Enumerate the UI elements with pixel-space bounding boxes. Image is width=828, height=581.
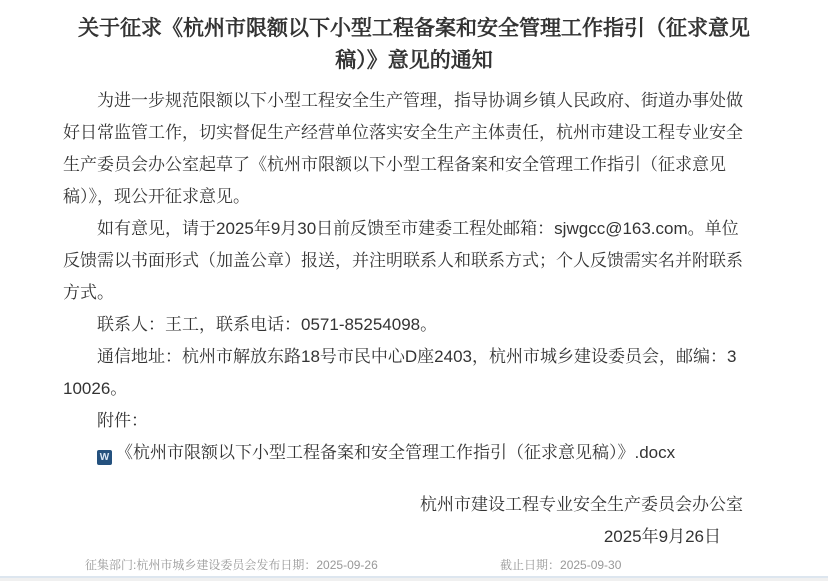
publish-date-label: 发布日期： [256, 558, 316, 572]
issuer-signature: 杭州市建设工程专业安全生产委员会办公室 [63, 489, 743, 521]
notice-title: 关于征求《杭州市限额以下小型工程备案和安全管理工作指引（征求意见稿）》意见的通知 [74, 13, 754, 77]
attachment-link[interactable]: 《杭州市限额以下小型工程备案和安全管理工作指引（征求意见稿）》.docx [116, 443, 675, 462]
issue-date: 2025年9月26日 [63, 521, 743, 553]
collection-department-value: 杭州市城乡建设委员会 [136, 558, 256, 572]
notice-body: 为进一步规范限额以下小型工程安全生产管理，指导协调乡镇人民政府、街道办事处做好日… [63, 85, 743, 553]
attachment-row: W《杭州市限额以下小型工程备案和安全管理工作指引（征求意见稿）》.docx [63, 437, 743, 469]
notice-paragraph-intro: 为进一步规范限额以下小型工程安全生产管理，指导协调乡镇人民政府、街道办事处做好日… [63, 85, 743, 213]
footer-deadline-info: 截止日期：2025-09-30 [500, 556, 621, 574]
deadline-label: 截止日期： [500, 558, 560, 572]
footer-collection-info: 征集部门:杭州市城乡建设委员会发布日期：2025-09-26 [85, 556, 378, 574]
publish-date-value: 2025-09-26 [316, 558, 377, 572]
attachments-label: 附件： [63, 405, 743, 437]
notice-page: 关于征求《杭州市限额以下小型工程备案和安全管理工作指引（征求意见稿）》意见的通知… [0, 0, 828, 581]
notice-paragraph-contact: 联系人：王工，联系电话：0571-85254098。 [63, 309, 743, 341]
collection-department-label: 征集部门: [85, 558, 136, 572]
deadline-value: 2025-09-30 [560, 558, 621, 572]
word-doc-icon: W [97, 450, 112, 465]
notice-paragraph-address: 通信地址：杭州市解放东路18号市民中心D座2403，杭州市城乡建设委员会，邮编：… [63, 341, 743, 405]
notice-paragraph-feedback: 如有意见，请于2025年9月30日前反馈至市建委工程处邮箱：sjwgcc@163… [63, 213, 743, 309]
notice-footer: 征集部门:杭州市城乡建设委员会发布日期：2025-09-26 截止日期：2025… [0, 556, 828, 574]
